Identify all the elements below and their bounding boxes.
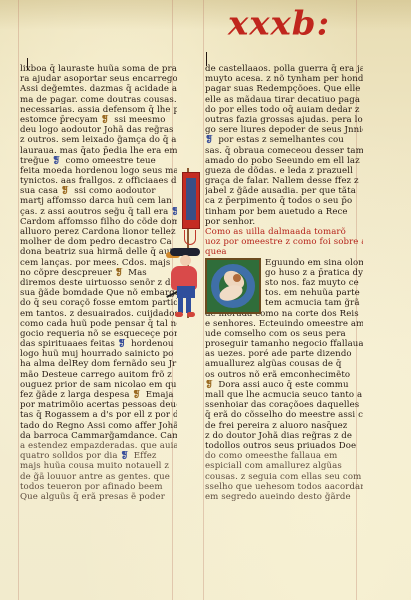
text-line: Cardom affomsso filho do cõde dom bbox=[20, 217, 177, 227]
text-line: sselho que uehesom todos aacordar bbox=[205, 482, 363, 492]
paragraph-mark-icon: ❡ bbox=[205, 135, 213, 145]
rubric-heading-line: quea bbox=[205, 247, 363, 257]
text-segment: das spirituaaes feitas bbox=[20, 339, 115, 349]
text-line: necessarias. assia defensom q̄ lhe pos bbox=[20, 105, 177, 115]
text-segment: sua casa bbox=[20, 186, 58, 196]
figure-leg bbox=[178, 297, 183, 313]
text-line: do como omeesthe fallaua em bbox=[205, 451, 363, 461]
figure-shoe bbox=[175, 312, 183, 317]
text-line: amado do pobo Seeundo em ell laz bbox=[205, 156, 363, 166]
text-line: graça de falar. Nallem desse ffez z bbox=[205, 176, 363, 186]
text-segment: ssi como aodoutor bbox=[74, 186, 155, 196]
banner-tassel bbox=[184, 230, 196, 245]
text-line: em tantos. z desuairados. cuijdados. bbox=[20, 309, 177, 319]
paragraph-mark-icon: ❡ bbox=[101, 115, 109, 125]
text-line: de g̃ã louuor antre as gentes. que bbox=[20, 472, 177, 482]
text-line: ha alma delRey dom fernãdo seu Jr bbox=[20, 359, 177, 369]
text-segment: hordenou bbox=[131, 339, 173, 349]
text-line: por matrimõio acertas pessoas deuo bbox=[20, 400, 177, 410]
text-segment: ças. z assi aoutros seg̃u q̄ tall era bbox=[20, 207, 168, 217]
text-line: sua g̃ãde bomdade Que nõ embarga bbox=[20, 288, 177, 298]
text-line: a estendez empazderadas. que auiam bbox=[20, 441, 177, 451]
historiated-initial bbox=[205, 258, 261, 314]
text-line: espiciall com amallurez algũas bbox=[205, 461, 363, 471]
text-line: molher de dom pedro decastro Ca bbox=[20, 237, 177, 247]
text-line: como cada huũ pode pensar q̄ tal ne bbox=[20, 319, 177, 329]
text-segment: Dora assi auco q̄ este commu bbox=[218, 380, 348, 390]
text-segment: como omeestre teue bbox=[66, 156, 156, 166]
text-line: dona beatriz sua hirmã delle q̄ auias bbox=[20, 247, 177, 257]
text-line: q̄ erã do cõsselho do meestre assi como bbox=[205, 410, 363, 420]
rubric-heading-line: uoz por omeestre z como foi sobre alla bbox=[205, 237, 363, 247]
paragraph-mark-icon: ❡ bbox=[205, 380, 213, 390]
paragraph-mark-icon: ❡ bbox=[115, 268, 123, 278]
text-segment: Mas bbox=[128, 268, 147, 278]
text-segment: quatro solldos por dia bbox=[20, 451, 118, 461]
text-line: diremos deste uirtuosso senõr z de bbox=[20, 278, 177, 288]
paragraph-mark-icon: ❡ bbox=[61, 186, 69, 196]
text-line: ❡ Dora assi auco q̄ este commu bbox=[205, 380, 363, 390]
text-line: ra ajudar asoportar seus encarregos. bbox=[20, 74, 177, 84]
standard-bearer-figure bbox=[166, 168, 206, 323]
text-line: sas. q̄ obraua comeceou desser tam bbox=[205, 146, 363, 156]
figure-head bbox=[180, 255, 191, 266]
text-line: todollos outros seus priuados Doe bbox=[205, 441, 363, 451]
text-line: tado do Regno Assi como affer Johã bbox=[20, 421, 177, 431]
margin-rule-left bbox=[18, 0, 19, 600]
text-line: z outros. sem leixado g̃amça do q̄ assi bbox=[20, 135, 177, 145]
text-line: de castellaaos. polla guerra q̄ era ja bbox=[205, 64, 363, 74]
text-line: logo huũ muj hourrado sainicto po bbox=[20, 349, 177, 359]
paragraph-mark-icon: ❡ bbox=[120, 451, 128, 461]
text-line: sua casa ❡ ssi como aodoutor bbox=[20, 186, 177, 196]
text-line: proseguir tamanho negocio ffallaua bbox=[205, 339, 363, 349]
figure-shoe bbox=[187, 312, 195, 317]
paragraph-mark-icon: ❡ bbox=[132, 390, 140, 400]
text-line: e senhores. Ecteuindo omeestre amc bbox=[205, 319, 363, 329]
rubric-heading-line: Como as uilla dalmaada tomarõ bbox=[205, 227, 363, 237]
text-line: as uezes. poré ade parte dizendo bbox=[205, 349, 363, 359]
text-line: fez g̃ãde z larga despesa ❡ Emaja bbox=[20, 390, 177, 400]
text-line: elle as mãdaua tirar decatiuo paga bbox=[205, 95, 363, 105]
text-line: no cõpre descpreuer ❡ Mas bbox=[20, 268, 177, 278]
text-line: z do doutor Johã dias reg̃ras z de bbox=[205, 431, 363, 441]
text-line: ouguez prior de sam nicolao em que bbox=[20, 380, 177, 390]
text-line: mall que lhe acmucia seuco tanto a bbox=[205, 390, 363, 400]
text-line: martj affomsso darca huũ cem lan bbox=[20, 196, 177, 206]
text-segment: fez g̃ãde z larga despesa bbox=[20, 390, 130, 400]
text-line: lauraua. mas q̄ato p̄edia lhe era em bbox=[20, 146, 177, 156]
text-line: por senhor. bbox=[205, 217, 363, 227]
left-text-column: lixboa q̄ lauraste huũa soma de prata pe… bbox=[20, 64, 177, 502]
text-line: estomce p̄recyam ❡ ssi meesmo bbox=[20, 115, 177, 125]
paragraph-mark-icon: ❡ bbox=[52, 156, 60, 166]
text-line: quatro solldos por dia ❡ Effez bbox=[20, 451, 177, 461]
text-line: cem lanças. por mees. Cdos. majs bbox=[20, 258, 177, 268]
text-line: ma de pagar. come doutras cousas. bbox=[20, 95, 177, 105]
text-line: ca z p̄erpimento q̄ todos o seu p̄o bbox=[205, 196, 363, 206]
text-line: ças. z assi aoutros seg̃u q̄ tall era ❡ bbox=[20, 207, 177, 217]
text-line: tinham por bem auetudo a Rece bbox=[205, 207, 363, 217]
text-line: ssenhoiar das coraçõoes daquelles bbox=[205, 400, 363, 410]
text-line: ude comselho com os seus pera bbox=[205, 329, 363, 339]
text-segment: Emaja bbox=[146, 390, 174, 400]
text-segment: por estas z semelhantes cou bbox=[218, 135, 344, 145]
text-line: jabel z g̃ãde ausadia. per que tãta bbox=[205, 186, 363, 196]
text-line: gocio requeria nõ se esqueceçe poré bbox=[20, 329, 177, 339]
text-segment: no cõpre descpreuer bbox=[20, 268, 112, 278]
text-line: gueza de dõdas. e leda z prazuell bbox=[205, 166, 363, 176]
text-line: ❡ por estas z semelhantes cou bbox=[205, 135, 363, 145]
banner-flag-icon bbox=[182, 172, 200, 229]
text-line: em segredo aueindo desto g̃ãrde bbox=[205, 492, 363, 502]
text-line: tas q̄ Rogassem a d's por ell z por des bbox=[20, 410, 177, 420]
text-line: pagar suas Redempçõoes. Que elle bbox=[205, 84, 363, 94]
text-line: os outros nõ erã emconhecimẽto bbox=[205, 370, 363, 380]
text-line: de frei pereira z aluoro nasq̄uez bbox=[205, 421, 363, 431]
text-line: do q̄ seu coraçõ fosse emtom partido bbox=[20, 298, 177, 308]
text-segment: Effez bbox=[134, 451, 157, 461]
text-segment: ssi meesmo bbox=[114, 115, 165, 125]
text-line: da barroca Cammarg̃amdance. Camaj bbox=[20, 431, 177, 441]
text-line: muyto acesa. z nõ tynham per honde bbox=[205, 74, 363, 84]
text-line: treg̃ue ❡ como omeestre teue bbox=[20, 156, 177, 166]
initial-figure-hair bbox=[233, 274, 241, 282]
text-line: alluoro perez Cardona lionor tellez bbox=[20, 227, 177, 237]
text-line: do por elles todo oq̄ auiam dedar z bbox=[205, 105, 363, 115]
text-line: feita moeda hordenou logo seus ma bbox=[20, 166, 177, 176]
text-line: outras fazia grossas ajudas. pera lo bbox=[205, 115, 363, 125]
text-line: todos teueron por afinado beem bbox=[20, 482, 177, 492]
figure-leg bbox=[186, 297, 191, 313]
text-line: majs huũa cousa muito notauell z bbox=[20, 461, 177, 471]
text-line: go sere liures depoder de seus Jnnigos bbox=[205, 125, 363, 135]
text-line: amuallurez algũas cousas de q̄ bbox=[205, 359, 363, 369]
text-line: cousas. z seguia com ellas seu com bbox=[205, 472, 363, 482]
text-line: tynictos. aas frallgos. z officiaaes de bbox=[20, 176, 177, 186]
text-line: das spirituaaes feitas ❡ hordenou bbox=[20, 339, 177, 349]
text-line: Assi deg̃emtes. dazmas q̄ acidade a bbox=[20, 84, 177, 94]
text-line: Que alguũs q̄ erã presas ẽ poder bbox=[20, 492, 177, 502]
manuscript-page: xxxb: lixboa q̄ lauraste huũa soma de pr… bbox=[0, 0, 411, 600]
paragraph-mark-icon: ❡ bbox=[118, 339, 126, 349]
text-segment: estomce p̄recyam bbox=[20, 115, 98, 125]
text-segment: treg̃ue bbox=[20, 156, 49, 166]
text-line: deu logo aodoutor Johã das reg̃ras bbox=[20, 125, 177, 135]
text-line: mão Desteue carrego auitom frõ z bbox=[20, 370, 177, 380]
folio-number: xxxb: bbox=[228, 5, 330, 43]
text-line: lixboa q̄ lauraste huũa soma de prata pe bbox=[20, 64, 177, 74]
